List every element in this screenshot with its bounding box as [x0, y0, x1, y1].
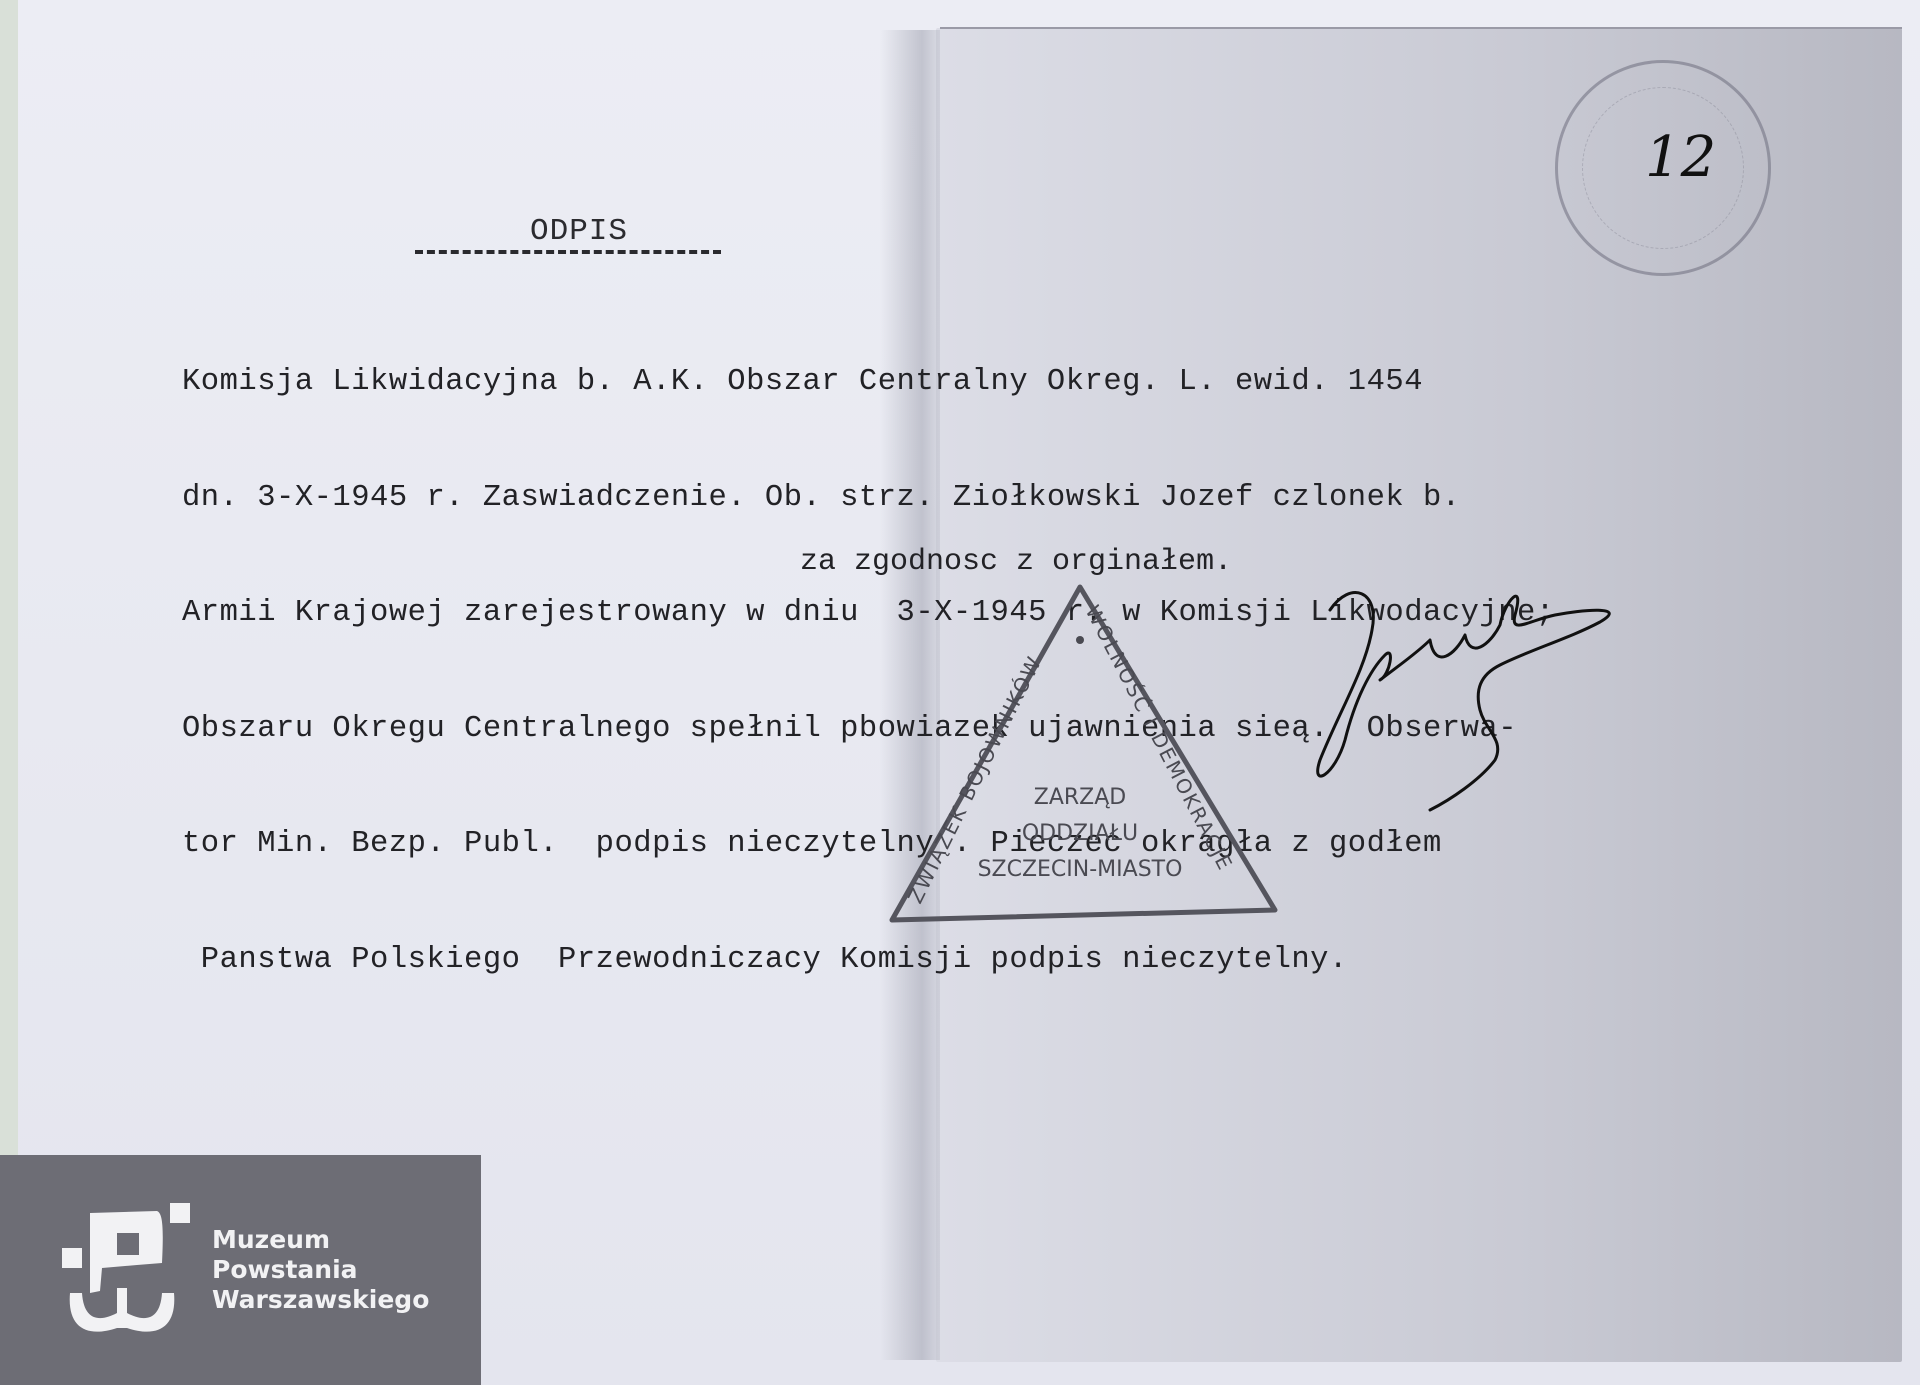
page-edge-line — [940, 27, 1902, 29]
museum-name-line: Warszawskiego — [212, 1285, 429, 1315]
museum-name: Muzeum Powstania Warszawskiego — [212, 1225, 429, 1315]
body-line: dn. 3-X-1945 r. Zaswiadczenie. Ob. strz.… — [182, 479, 1902, 518]
title-underline — [415, 250, 721, 254]
museum-name-line: Muzeum — [212, 1225, 429, 1255]
museum-watermark: Muzeum Powstania Warszawskiego — [0, 1155, 481, 1385]
triangle-stamp: ZWIĄZEK BOJOWNIKÓW WOLNOŚĆ I DEMOKRACJE … — [880, 575, 1280, 925]
page-number: 12 — [1645, 125, 1716, 190]
body-line: Komisja Likwidacyjna b. A.K. Obszar Cent… — [182, 363, 1902, 402]
stamp-center-text: ZARZĄD ODDZIAŁU SZCZECIN-MIASTO — [880, 780, 1280, 888]
stamp-line: ZARZĄD — [880, 780, 1280, 816]
stamp-line: SZCZECIN-MIASTO — [880, 852, 1280, 888]
document-title: ODPIS — [530, 214, 628, 249]
kotwica-logo-icon — [62, 1203, 192, 1338]
body-line: Panstwa Polskiego Przewodniczacy Komisji… — [182, 941, 1902, 980]
signature — [1310, 560, 1630, 820]
stamp-line: ODDZIAŁU — [880, 816, 1280, 852]
museum-name-line: Powstania — [212, 1255, 429, 1285]
certification-line: za zgodnosc z orginałem. — [800, 545, 1232, 579]
